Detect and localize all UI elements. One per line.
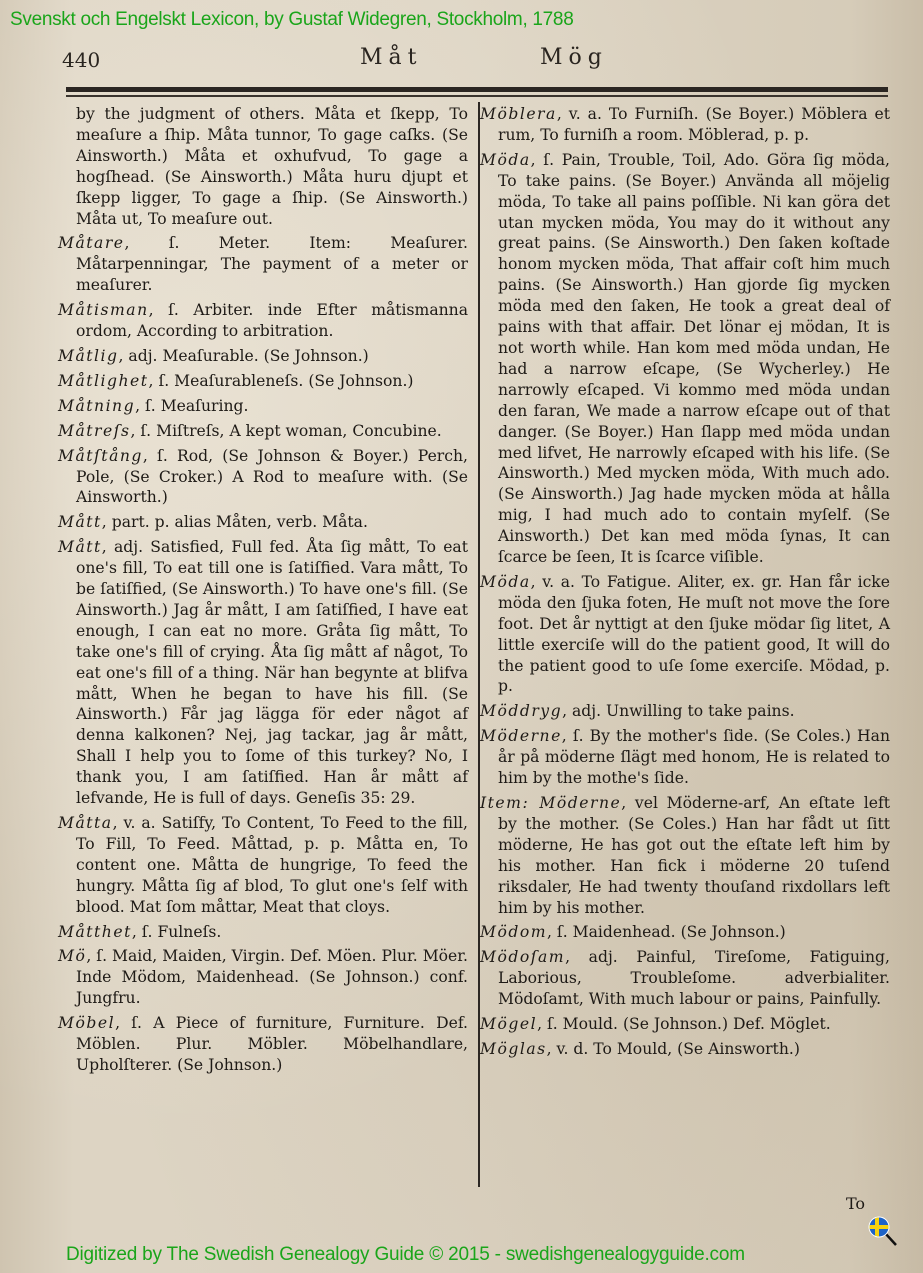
headword: Mögel bbox=[480, 1015, 537, 1033]
digitization-title-banner: Svenskt och Engelskt Lexicon, by Gustaf … bbox=[10, 9, 573, 31]
dictionary-entry: Måtreſs, ſ. Miſtreſs, A kept woman, Conc… bbox=[48, 421, 468, 442]
definition-text: , ſ. Meter. Item: Meaſurer. Måtarpenning… bbox=[76, 234, 468, 294]
running-head-right: Mög bbox=[540, 45, 608, 70]
definition-text: , adj. Unwilling to take pains. bbox=[562, 702, 794, 720]
definition-text: , v. a. Satiſfy, To Content, To Feed to … bbox=[76, 814, 468, 916]
header-rule-thin bbox=[66, 95, 888, 97]
headword: Möda bbox=[480, 573, 531, 591]
headword: Möglas bbox=[480, 1040, 547, 1058]
dictionary-entry: Måtning, ſ. Meaſuring. bbox=[48, 396, 468, 417]
right-column: Möblera, v. a. To Furniſh. (Se Boyer.) M… bbox=[470, 104, 890, 1064]
definition-text: , v. a. To Fatigue. Aliter, ex. gr. Han … bbox=[498, 573, 890, 696]
dictionary-entry: Möda, ſ. Pain, Trouble, Toil, Ado. Göra … bbox=[470, 150, 890, 568]
headword: Måtthet bbox=[58, 923, 132, 941]
dictionary-entry: Möbel, ſ. A Piece of furniture, Furnitur… bbox=[48, 1013, 468, 1076]
definition-text: by the judgment of others. Måta et ſkepp… bbox=[76, 105, 468, 228]
left-column: by the judgment of others. Måta et ſkepp… bbox=[48, 104, 468, 1080]
catchword: To bbox=[846, 1194, 865, 1213]
dictionary-entry: Möda, v. a. To Fatigue. Aliter, ex. gr. … bbox=[470, 572, 890, 697]
headword: Måtta bbox=[58, 814, 113, 832]
headword: Möbel bbox=[58, 1014, 115, 1032]
dictionary-entry: Mö, ſ. Maid, Maiden, Virgin. Def. Möen. … bbox=[48, 946, 468, 1009]
headword: Möderne bbox=[480, 727, 562, 745]
definition-text: , ſ. Mould. (Se Johnson.) Def. Möglet. bbox=[537, 1015, 831, 1033]
headword: Måtning bbox=[58, 397, 135, 415]
dictionary-entry: Måtare, ſ. Meter. Item: Meaſurer. Måtarp… bbox=[48, 233, 468, 296]
definition-text: , adj. Meaſurable. (Se Johnson.) bbox=[119, 347, 369, 365]
dictionary-entry: Måtſtång, ſ. Rod, (Se Johnson & Boyer.) … bbox=[48, 446, 468, 509]
page-number: 440 bbox=[62, 48, 100, 72]
definition-text: , adj. Satisfied, Full fed. Åta ſig mått… bbox=[76, 538, 468, 807]
dictionary-entry: Måtlighet, ſ. Meaſurableneſs. (Se Johnso… bbox=[48, 371, 468, 392]
headword: Mödom bbox=[480, 923, 547, 941]
headword: Måtlighet bbox=[58, 372, 149, 390]
headword: Måtlig bbox=[58, 347, 119, 365]
dictionary-entry: Mått, part. p. alias Måten, verb. Måta. bbox=[48, 512, 468, 533]
running-head-left: Måt bbox=[360, 45, 422, 70]
headword: Måtſtång bbox=[58, 447, 143, 465]
definition-text: , ſ. Fulneſs. bbox=[132, 923, 221, 941]
headword: Item: Möderne bbox=[480, 794, 621, 812]
definition-text: , v. d. To Mould, (Se Ainsworth.) bbox=[547, 1040, 800, 1058]
headword: Mö bbox=[58, 947, 86, 965]
definition-text: , ſ. A Piece of furniture, Furniture. De… bbox=[76, 1014, 468, 1074]
headword: Möddryg bbox=[480, 702, 562, 720]
definition-text: , ſ. Maidenhead. (Se Johnson.) bbox=[547, 923, 786, 941]
headword: Måtreſs bbox=[58, 422, 131, 440]
definition-text: , ſ. Meaſurableneſs. (Se Johnson.) bbox=[149, 372, 414, 390]
digitization-credit-banner: Digitized by The Swedish Genealogy Guide… bbox=[66, 1244, 745, 1266]
swedish-flag-magnifier-icon bbox=[868, 1216, 898, 1246]
dictionary-entry: Måtthet, ſ. Fulneſs. bbox=[48, 922, 468, 943]
headword: Mått bbox=[58, 538, 102, 556]
definition-text: , ſ. Miſtreſs, A kept woman, Concubine. bbox=[131, 422, 442, 440]
headword: Möda bbox=[480, 151, 531, 169]
headword: Måtisman bbox=[58, 301, 149, 319]
dictionary-entry: Möblera, v. a. To Furniſh. (Se Boyer.) M… bbox=[470, 104, 890, 146]
dictionary-entry: Mögel, ſ. Mould. (Se Johnson.) Def. Mögl… bbox=[470, 1014, 890, 1035]
definition-text: , ſ. Meaſuring. bbox=[135, 397, 248, 415]
headword: Måtare bbox=[58, 234, 125, 252]
dictionary-entry: Mödoſam, adj. Painful, Tireſome, Fatigui… bbox=[470, 947, 890, 1010]
definition-text: , ſ. Maid, Maiden, Virgin. Def. Möen. Pl… bbox=[76, 947, 468, 1007]
definition-text: , vel Möderne-arf, An eſtate left by the… bbox=[498, 794, 890, 917]
dictionary-entry: Möderne, ſ. By the mother's ſide. (Se Co… bbox=[470, 726, 890, 789]
dictionary-entry: Måtlig, adj. Meaſurable. (Se Johnson.) bbox=[48, 346, 468, 367]
header-rule bbox=[66, 87, 888, 92]
dictionary-entry: by the judgment of others. Måta et ſkepp… bbox=[48, 104, 468, 229]
headword: Mått bbox=[58, 513, 102, 531]
dictionary-entry: Möglas, v. d. To Mould, (Se Ainsworth.) bbox=[470, 1039, 890, 1060]
dictionary-entry: Möddryg, adj. Unwilling to take pains. bbox=[470, 701, 890, 722]
dictionary-entry: Item: Möderne, vel Möderne-arf, An eſtat… bbox=[470, 793, 890, 918]
dictionary-entry: Mödom, ſ. Maidenhead. (Se Johnson.) bbox=[470, 922, 890, 943]
definition-text: , part. p. alias Måten, verb. Måta. bbox=[102, 513, 368, 531]
dictionary-entry: Måtta, v. a. Satiſfy, To Content, To Fee… bbox=[48, 813, 468, 918]
headword: Möblera bbox=[480, 105, 557, 123]
definition-text: , ſ. Pain, Trouble, Toil, Ado. Göra ſig … bbox=[498, 151, 890, 566]
dictionary-entry: Måtisman, ſ. Arbiter. inde Efter måtisma… bbox=[48, 300, 468, 342]
headword: Mödoſam bbox=[480, 948, 565, 966]
dictionary-entry: Mått, adj. Satisfied, Full fed. Åta ſig … bbox=[48, 537, 468, 809]
definition-text: , v. a. To Furniſh. (Se Boyer.) Möblera … bbox=[498, 105, 890, 144]
